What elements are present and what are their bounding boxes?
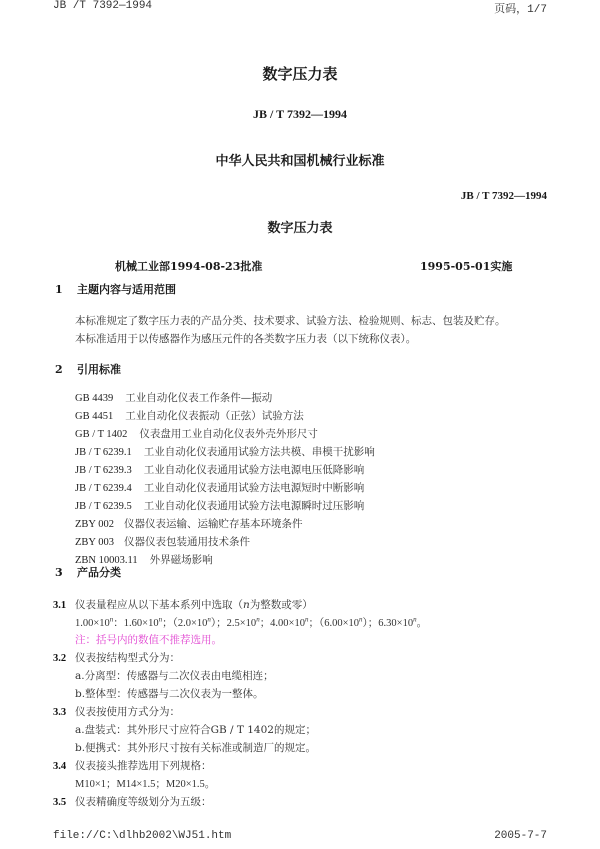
document-subtitle: 数字压力表 — [0, 217, 600, 236]
section-title: 产品分类 — [77, 566, 121, 579]
list-item: a.分离型：传感器与二次仪表由电缆相连； — [75, 668, 274, 683]
reference-item: ZBY 002仪器仪表运输、运输贮存基本环境条件 — [75, 516, 303, 531]
reference-title: 工业自动化仪表通用试验方法共模、串模干扰影响 — [144, 446, 375, 458]
document-title: 数字压力表 — [0, 63, 600, 84]
series-value: ；（2.0×10 — [162, 618, 207, 629]
subsection-text: 仪表量程应从以下基本系列中选取（ — [75, 599, 243, 611]
subsection-number: 3.4 — [53, 761, 75, 772]
subsection-3-1: 3.1仪表量程应从以下基本系列中选取（n为整数或零） — [53, 597, 313, 612]
reference-code: GB / T 1402 — [75, 429, 127, 440]
variable-n: n — [243, 599, 250, 611]
reference-title: 仪器仪表包装通用技术条件 — [124, 536, 250, 548]
reference-item: JB / T 6239.3工业自动化仪表通用试验方法电源电压低降影响 — [75, 462, 364, 477]
subsection-3-5: 3.5仪表精确度等级划分为五级： — [53, 794, 212, 809]
reference-title: 仪表盘用工业自动化仪表外壳外形尺寸 — [139, 428, 318, 440]
effective-date: 1995-05-01实施 — [420, 258, 512, 274]
section-2-heading: 2引用标准 — [55, 361, 121, 377]
reference-item: GB / T 1402仪表盘用工业自动化仪表外壳外形尺寸 — [75, 426, 318, 441]
list-item: b.整体型：传感器与二次仪表为一整体。 — [75, 686, 264, 701]
subsection-3-4: 3.4仪表接头推荐选用下列规格： — [53, 758, 212, 773]
subsection-3-3: 3.3仪表按使用方式分为： — [53, 704, 180, 719]
print-footer-file-path: file://C:\dlhb2002\WJ51.htm — [53, 830, 231, 842]
print-header-left: JB /T 7392—1994 — [53, 0, 152, 12]
subsection-3-2: 3.2仪表按结构型式分为： — [53, 650, 180, 665]
standard-code-right: JB / T 7392—1994 — [461, 190, 547, 202]
section-1-heading: 1主题内容与适用范围 — [55, 281, 176, 297]
standard-code: JB / T 7392—1994 — [0, 107, 600, 122]
subsection-number: 3.5 — [53, 797, 75, 808]
reference-item: JB / T 6239.5工业自动化仪表通用试验方法电源瞬时过压影响 — [75, 498, 364, 513]
section-1-paragraph: 本标准适用于以传感器作为感压元件的各类数字压力表（以下统称仪表）。 — [75, 331, 416, 346]
subsection-text: 仪表接头推荐选用下列规格： — [75, 760, 212, 772]
series-value: ；（6.00×10 — [308, 618, 359, 629]
reference-item: JB / T 6239.1工业自动化仪表通用试验方法共模、串模干扰影响 — [75, 444, 375, 459]
list-item: a.盘装式：其外形尺寸应符合GB / T 1402的规定； — [75, 722, 316, 737]
subsection-text: 仪表按使用方式分为： — [75, 706, 180, 718]
series-value: ）；2.5×10 — [211, 618, 256, 629]
series-value: ）；6.30×10 — [363, 618, 414, 629]
section-number: 3 — [55, 566, 77, 579]
reference-code: ZBY 002 — [75, 519, 114, 530]
section-3-heading: 3产品分类 — [55, 564, 121, 580]
reference-code: GB 4451 — [75, 411, 113, 422]
reference-item: ZBY 003仪器仪表包装通用技术条件 — [75, 534, 250, 549]
section-number: 2 — [55, 363, 77, 376]
section-title: 主题内容与适用范围 — [77, 283, 176, 296]
subsection-number: 3.3 — [53, 707, 75, 718]
subsection-text: 仪表精确度等级划分为五级： — [75, 796, 212, 808]
reference-title: 工业自动化仪表通用试验方法电源电压低降影响 — [144, 464, 365, 476]
print-header-page-number: 页码，1/7 — [494, 0, 547, 16]
reference-title: 仪器仪表运输、运输贮存基本环境条件 — [124, 518, 303, 530]
list-item: b.便携式：其外形尺寸按有关标准或制造厂的规定。 — [75, 740, 316, 755]
range-series: 1.00×10n：1.60×10n；（2.0×10n）；2.5×10n；4.00… — [75, 615, 427, 630]
reference-code: GB 4439 — [75, 393, 113, 404]
series-value: 1.00×10 — [75, 618, 110, 629]
reference-title: 工业自动化仪表工作条件—振动 — [125, 392, 272, 404]
reference-title: 工业自动化仪表通用试验方法电源瞬时过压影响 — [144, 500, 365, 512]
reference-code: ZBY 003 — [75, 537, 114, 548]
reference-title: 工业自动化仪表振动（正弦）试验方法 — [125, 410, 304, 422]
standard-organization: 中华人民共和国机械行业标准 — [0, 150, 600, 169]
reference-code: JB / T 6239.1 — [75, 447, 132, 458]
subsection-text: 为整数或零） — [250, 599, 313, 611]
reference-title: 工业自动化仪表通用试验方法电源短时中断影响 — [144, 482, 365, 494]
reference-item: JB / T 6239.4工业自动化仪表通用试验方法电源短时中断影响 — [75, 480, 364, 495]
subsection-text: 仪表按结构型式分为： — [75, 652, 180, 664]
reference-item: GB 4439工业自动化仪表工作条件—振动 — [75, 390, 272, 405]
series-value: ；4.00×10 — [260, 618, 305, 629]
reference-title: 外界磁场影响 — [150, 554, 213, 566]
list-item: M10×1；M14×1.5；M20×1.5。 — [75, 776, 215, 791]
reference-code: JB / T 6239.4 — [75, 483, 132, 494]
reference-item: GB 4451工业自动化仪表振动（正弦）试验方法 — [75, 408, 304, 423]
reference-code: JB / T 6239.3 — [75, 465, 132, 476]
section-number: 1 — [55, 283, 77, 296]
note-text: 注：括号内的数值不推荐选用。 — [75, 632, 222, 647]
reference-code: JB / T 6239.5 — [75, 501, 132, 512]
section-1-paragraph: 本标准规定了数字压力表的产品分类、技术要求、试验方法、检验规则、标志、包装及贮存… — [75, 313, 506, 328]
series-value: ：1.60×10 — [113, 618, 158, 629]
subsection-number: 3.2 — [53, 653, 75, 664]
section-title: 引用标准 — [77, 363, 121, 376]
approval-date: 机械工业部1994-08-23批准 — [115, 258, 262, 274]
subsection-number: 3.1 — [53, 600, 75, 611]
series-value: 。 — [417, 618, 428, 629]
print-footer-date: 2005-7-7 — [494, 830, 547, 842]
